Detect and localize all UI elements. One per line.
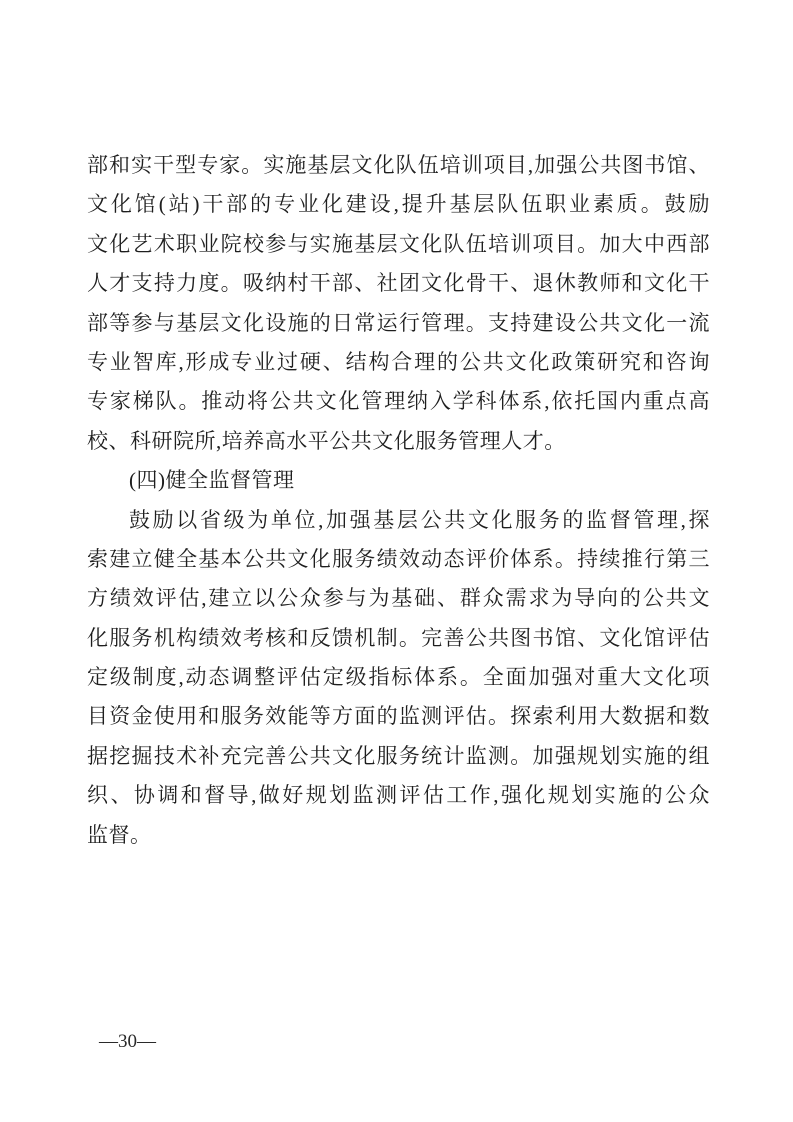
text-line: 目资金使用和服务效能等方面的监测评估。探索利用大数据和数 (87, 697, 710, 736)
text-line: 校、科研院所,培养高水平公共文化服务管理人才。 (87, 422, 710, 461)
page-number: —30— (99, 1030, 156, 1054)
text-line: 监督。 (87, 816, 710, 855)
text-line: 据挖掘技术补充完善公共文化服务统计监测。加强规划实施的组 (87, 737, 710, 776)
text-line: 人才支持力度。吸纳村干部、社团文化骨干、退休教师和文化干 (87, 264, 710, 303)
document-page: 部和实干型专家。实施基层文化队伍培训项目,加强公共图书馆、文化馆(站)干部的专业… (0, 0, 793, 1122)
text-line: 化服务机构绩效考核和反馈机制。完善公共图书馆、文化馆评估 (87, 619, 710, 658)
text-line: 部和实干型专家。实施基层文化队伍培训项目,加强公共图书馆、 (87, 146, 710, 185)
document-body: 部和实干型专家。实施基层文化队伍培训项目,加强公共图书馆、文化馆(站)干部的专业… (87, 146, 710, 855)
text-line: 部等参与基层文化设施的日常运行管理。支持建设公共文化一流 (87, 304, 710, 343)
text-line: 文化馆(站)干部的专业化建设,提升基层队伍职业素质。鼓励 (87, 185, 710, 224)
text-line: 索建立健全基本公共文化服务绩效动态评价体系。持续推行第三 (87, 540, 710, 579)
text-line: 鼓励以省级为单位,加强基层公共文化服务的监督管理,探 (87, 501, 710, 540)
text-line: 方绩效评估,建立以公众参与为基础、群众需求为导向的公共文 (87, 579, 710, 618)
section-heading: (四)健全监督管理 (87, 461, 710, 500)
text-line: 织、协调和督导,做好规划监测评估工作,强化规划实施的公众 (87, 776, 710, 815)
text-line: 专业智库,形成专业过硬、结构合理的公共文化政策研究和咨询 (87, 343, 710, 382)
text-line: 定级制度,动态调整评估定级指标体系。全面加强对重大文化项 (87, 658, 710, 697)
text-line: 文化艺术职业院校参与实施基层文化队伍培训项目。加大中西部 (87, 225, 710, 264)
text-line: 专家梯队。推动将公共文化管理纳入学科体系,依托国内重点高 (87, 382, 710, 421)
